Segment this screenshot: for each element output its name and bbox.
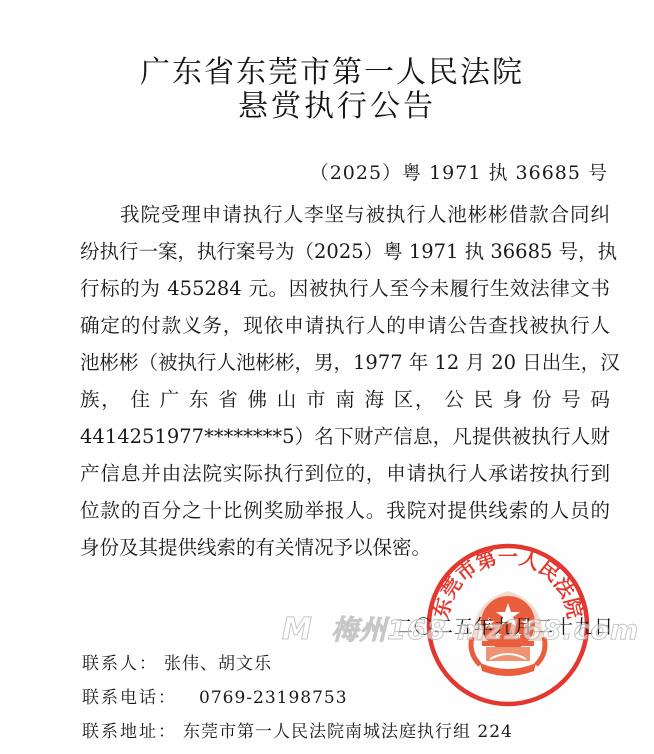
body-line: 我院受理申请执行人李坚与被执行人池彬彬借款合同纠: [80, 196, 610, 233]
notice-date: 二〇二五年九月二十九日: [394, 612, 614, 642]
contact-phone-value[interactable]: 0769-23198753: [199, 681, 348, 715]
body-line: 行标的为 455284 元。因被执行人至今未履行生效法律文书: [80, 270, 610, 307]
body-line: 族， 住 广 东 省 佛 山 市 南 海 区， 公 民 身 份 号 码: [80, 381, 610, 418]
contact-address-label: 联系地址：: [82, 715, 177, 749]
body-line: 4414251977********5）名下财产信息，凡提供被执行人财: [80, 418, 610, 455]
contact-phone-label: 联系电话：: [82, 681, 177, 715]
contact-address-row: 联系地址：东莞市第一人民法院南城法庭执行组 224: [82, 715, 513, 749]
notice-page: 广东省东莞市第一人民法院 悬赏执行公告 （2025）粤 1971 执 36685…: [0, 0, 654, 754]
body-line: 池彬彬（被执行人池彬彬，男，1977 年 12 月 20 日出生，汉: [80, 344, 610, 381]
body-line: 产信息并由法院实际执行到位的，申请执行人承诺按执行到: [80, 455, 610, 492]
case-number: （2025）粤 1971 执 36685 号: [310, 158, 608, 188]
notice-body: 我院受理申请执行人李坚与被执行人池彬彬借款合同纠 纷执行一案，执行案号为（202…: [80, 196, 610, 566]
watermark-logo-icon: M: [282, 612, 313, 647]
contact-person-value: 张伟、胡文乐: [164, 647, 272, 681]
body-line: 位款的百分之十比例奖励举报人。我院对提供线索的人员的: [80, 492, 610, 529]
court-title: 广东省东莞市第一人民法院: [0, 55, 654, 91]
contact-person-label: 联系人：: [82, 647, 158, 681]
contact-address-value: 东莞市第一人民法院南城法庭执行组 224: [183, 715, 513, 749]
body-line: 纷执行一案，执行案号为（2025）粤 1971 执 36685 号，执: [80, 233, 610, 270]
body-line: 确定的付款义务，现依申请执行人的申请公告查找被执行人: [80, 307, 610, 344]
notice-title: 悬赏执行公告: [0, 88, 654, 126]
